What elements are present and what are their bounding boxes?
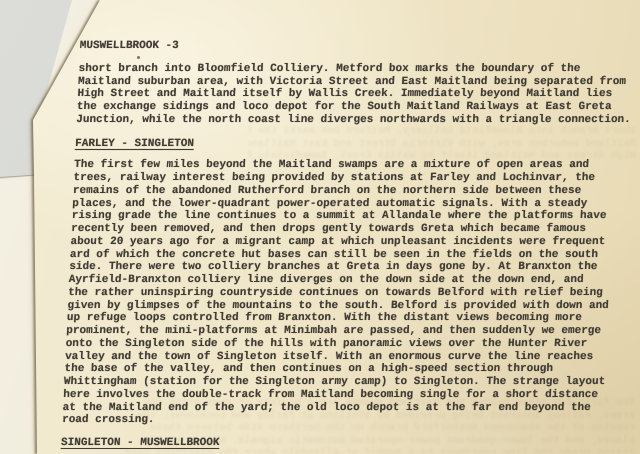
scanned-page: short branch into Bloomfield Colliery. M… bbox=[0, 0, 640, 454]
intro-paragraph: short branch into Bloomfield Colliery. M… bbox=[76, 63, 637, 127]
section-heading-singleton-muswellbrook: SINGLETON - MUSWELLBROOK bbox=[61, 437, 620, 450]
section-heading-farley-singleton: FARLEY - SINGLETON bbox=[75, 138, 634, 151]
typewritten-text: MUSWELLBROOK -3 short branch into Bloomf… bbox=[60, 40, 638, 454]
ink-speck bbox=[137, 56, 140, 59]
page-header: MUSWELLBROOK -3 bbox=[79, 40, 638, 53]
section-body-farley-singleton: The first few miles beyond the Maitland … bbox=[62, 159, 633, 427]
